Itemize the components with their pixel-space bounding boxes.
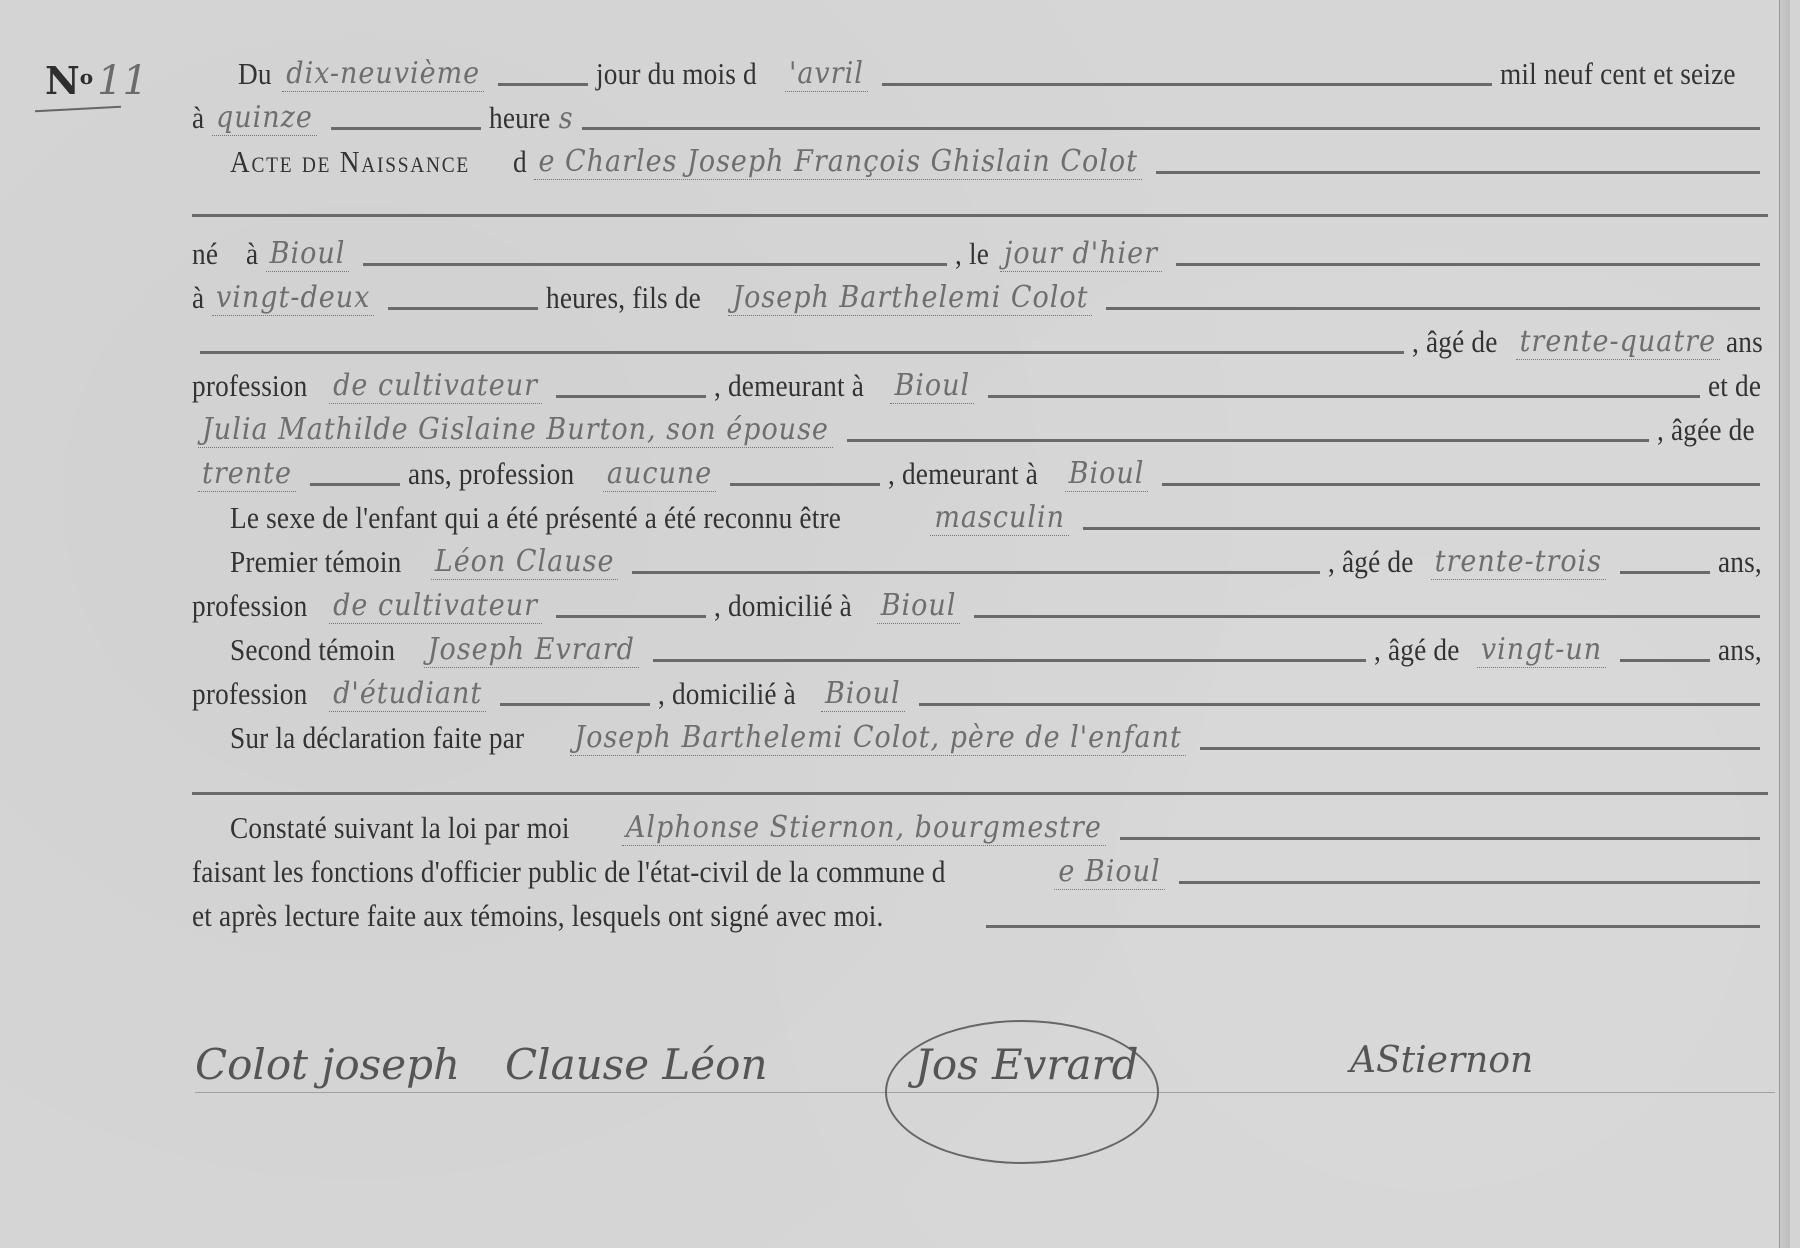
- line-first-witness: Premier témoin Léon Clause , âgé de tren…: [230, 540, 1768, 580]
- hour-field: quinze: [212, 100, 317, 136]
- line-commune: faisant les fonctions d'officier public …: [192, 850, 1768, 890]
- declarant-field: Joseph Barthelemi Colot, père de l'enfan…: [570, 720, 1185, 756]
- officer-field: Alphonse Stiernon, bourgmestre: [622, 810, 1106, 846]
- child-name-field: e Charles Joseph François Ghislain Colot: [534, 144, 1142, 180]
- line-declarant: Sur la déclaration faite par Joseph Bart…: [230, 716, 1768, 756]
- first-witness-residence-field: Bioul: [877, 588, 961, 624]
- line-first-witness-profession: profession de cultivateur , domicilié à …: [192, 584, 1768, 624]
- day-field: dix-neuvième: [282, 56, 484, 92]
- act-title: Acte de Naissance: [230, 144, 470, 180]
- blank-rule: [192, 214, 1768, 217]
- line-father: à vingt-deux heures, fils de Joseph Bart…: [192, 276, 1768, 316]
- father-profession-field: de cultivateur: [329, 368, 542, 404]
- signature-first-witness: Clause Léon: [505, 1040, 768, 1089]
- act-number-value: 11: [97, 58, 148, 104]
- mother-name-field: Julia Mathilde Gislaine Burton, son épou…: [198, 412, 833, 448]
- second-witness-residence-field: Bioul: [821, 676, 905, 712]
- sex-field: masculin: [930, 500, 1069, 536]
- mother-profession-field: aucune: [603, 456, 716, 492]
- line-father-profession: profession de cultivateur , demeurant à …: [192, 364, 1768, 404]
- line-hour: à quinze heures: [192, 96, 1768, 136]
- birthplace-field: Bioul: [266, 236, 350, 272]
- line-date: Du dix-neuvième jour du mois d 'avril mi…: [238, 52, 1768, 92]
- signatures: Colot joseph Clause Léon Jos Evrard ASti…: [195, 1040, 1775, 1220]
- signature-second-witness: Jos Evrard: [915, 1040, 1139, 1089]
- blank-rule: [192, 792, 1768, 795]
- act-number: No11: [45, 58, 148, 104]
- page-edge: [1779, 0, 1790, 1248]
- line-mother-age: trente ans, profession aucune , demeuran…: [192, 452, 1768, 492]
- line-officer: Constaté suivant la loi par moi Alphonse…: [230, 806, 1768, 846]
- signature-officer: AStiernon: [1350, 1040, 1533, 1081]
- father-name-field: Joseph Barthelemi Colot: [728, 280, 1092, 316]
- second-witness-profession-field: d'étudiant: [329, 676, 486, 712]
- line-second-witness: Second témoin Joseph Evrard , âgé de vin…: [230, 628, 1768, 668]
- line-mother: Julia Mathilde Gislaine Burton, son épou…: [192, 408, 1768, 448]
- line-act-title: Acte de Naissance d e Charles Joseph Fra…: [230, 140, 1768, 180]
- birth-day-field: jour d'hier: [1000, 236, 1162, 272]
- signature-father: Colot joseph: [195, 1040, 460, 1089]
- line-sex: Le sexe de l'enfant qui a été présenté a…: [230, 496, 1768, 536]
- first-witness-profession-field: de cultivateur: [329, 588, 542, 624]
- line-birthplace: né à Bioul , le jour d'hier: [192, 232, 1768, 272]
- month-field: 'avril: [785, 56, 868, 92]
- first-witness-age-field: trente-trois: [1431, 544, 1606, 580]
- mother-residence-field: Bioul: [1065, 456, 1149, 492]
- line-closing: et après lecture faite aux témoins, lesq…: [192, 894, 1768, 934]
- second-witness-name-field: Joseph Evrard: [424, 632, 639, 668]
- line-father-age: , âgé de trente-quatre ans: [192, 320, 1768, 360]
- second-witness-age-field: vingt-un: [1477, 632, 1606, 668]
- father-residence-field: Bioul: [890, 368, 974, 404]
- father-age-field: trente-quatre: [1516, 324, 1720, 360]
- mother-age-field: trente: [198, 456, 296, 492]
- line-second-witness-profession: profession d'étudiant , domicilié à Biou…: [192, 672, 1768, 712]
- commune-field: e Bioul: [1054, 854, 1164, 890]
- document-page: No11 Du dix-neuvième jour du mois d 'avr…: [0, 0, 1790, 1248]
- birth-hour-field: vingt-deux: [212, 280, 374, 316]
- act-number-underline: [35, 106, 121, 112]
- first-witness-name-field: Léon Clause: [431, 544, 619, 580]
